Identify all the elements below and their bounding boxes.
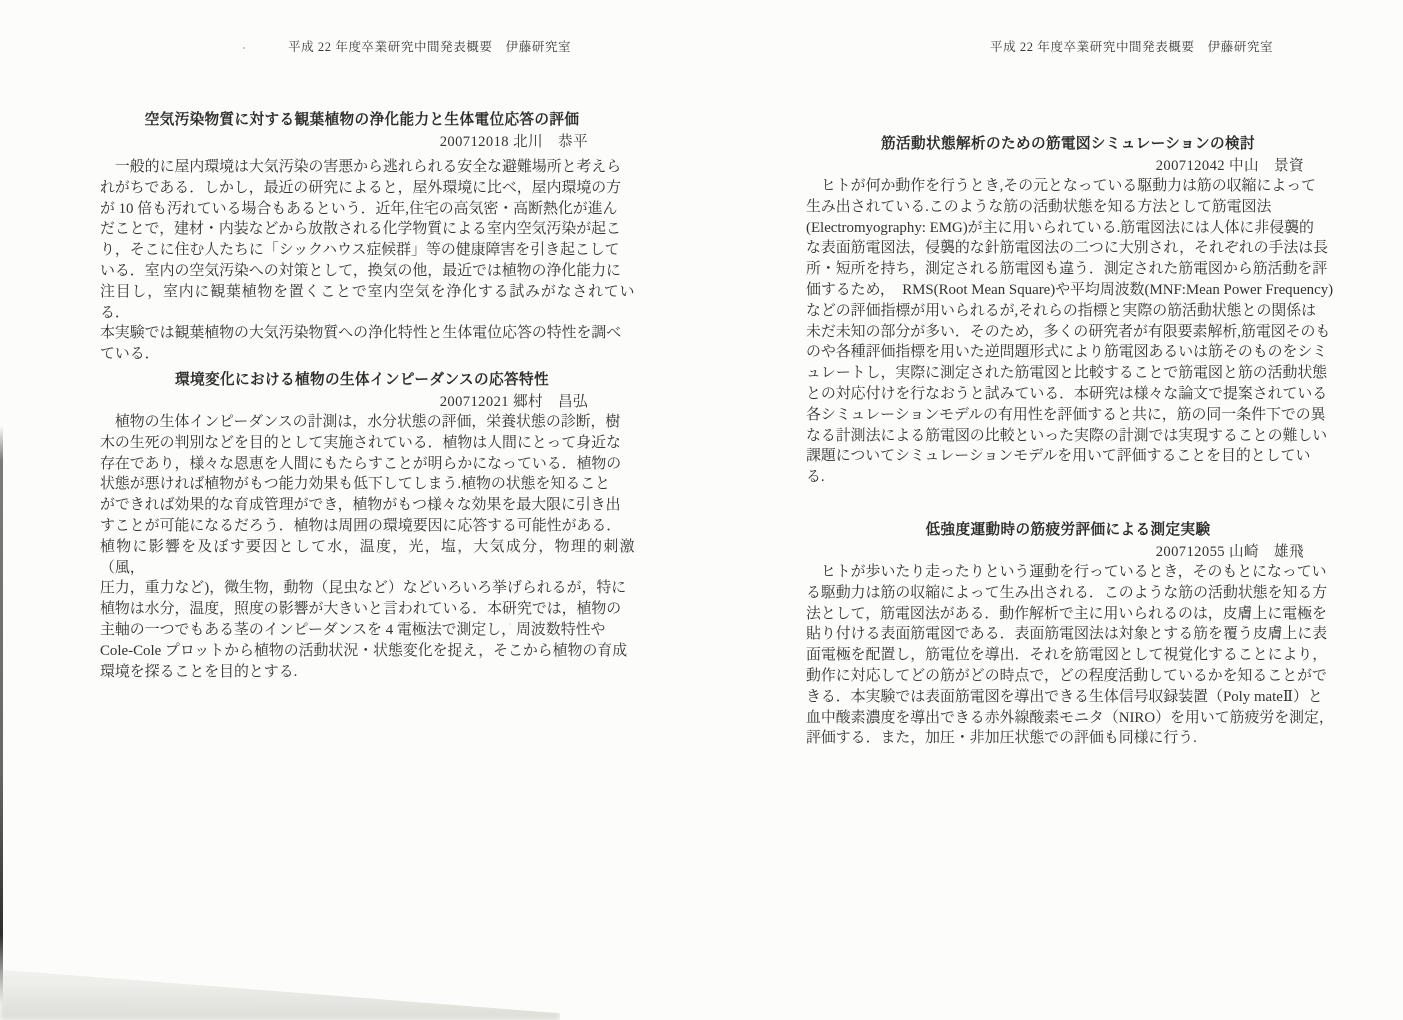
abstract-author: 200712042 中山 景資 [806, 154, 1330, 175]
abstract-title: 筋活動状態解析のための筋電図シミュレーションの検討 [881, 132, 1255, 153]
abstract-body: ヒトが何か動作を行うとき,その元となっている駆動力は筋の収縮によって 生み出され… [806, 176, 1340, 488]
abstract-author: 200712018 北川 恭平 [100, 130, 624, 151]
abstract-author: 200712055 山崎 雄飛 [806, 540, 1330, 561]
page-header: 平成 22 年度卒業研究中間発表概要 伊藤研究室 [288, 37, 571, 55]
abstract-author: 200712021 郷村 昌弘 [100, 390, 624, 411]
scanned-document: 平成 22 年度卒業研究中間発表概要 伊藤研究室 空気汚染物質に対する観葉植物の… [0, 0, 1403, 1020]
abstract-title: 低強度運動時の筋疲労評価による測定実験 [926, 518, 1211, 539]
abstract-body: ヒトが歩いたり走ったりという運動を行っているとき，そのもとになってい る駆動力は… [806, 562, 1340, 749]
page-left: 平成 22 年度卒業研究中間発表概要 伊藤研究室 空気汚染物質に対する観葉植物の… [100, 0, 624, 1020]
abstract-title: 環境変化における植物の生体インピーダンスの応答特性 [175, 368, 549, 389]
abstract-body: 植物の生体インピーダンスの計測は，水分状態の評価，栄養状態の診断，樹 木の生死の… [100, 412, 634, 682]
abstract-body: 一般的に屋内環境は大気汚染の害悪から逃れられる安全な避難場所と考えら れがちであ… [100, 157, 634, 365]
page-header: 平成 22 年度卒業研究中間発表概要 伊藤研究室 [990, 37, 1273, 55]
abstract-title: 空気汚染物質に対する観葉植物の浄化能力と生体電位応答の評価 [145, 108, 580, 129]
page-right: 平成 22 年度卒業研究中間発表概要 伊藤研究室 筋活動状態解析のための筋電図シ… [806, 0, 1330, 1020]
scan-edge-line [0, 426, 3, 1004]
